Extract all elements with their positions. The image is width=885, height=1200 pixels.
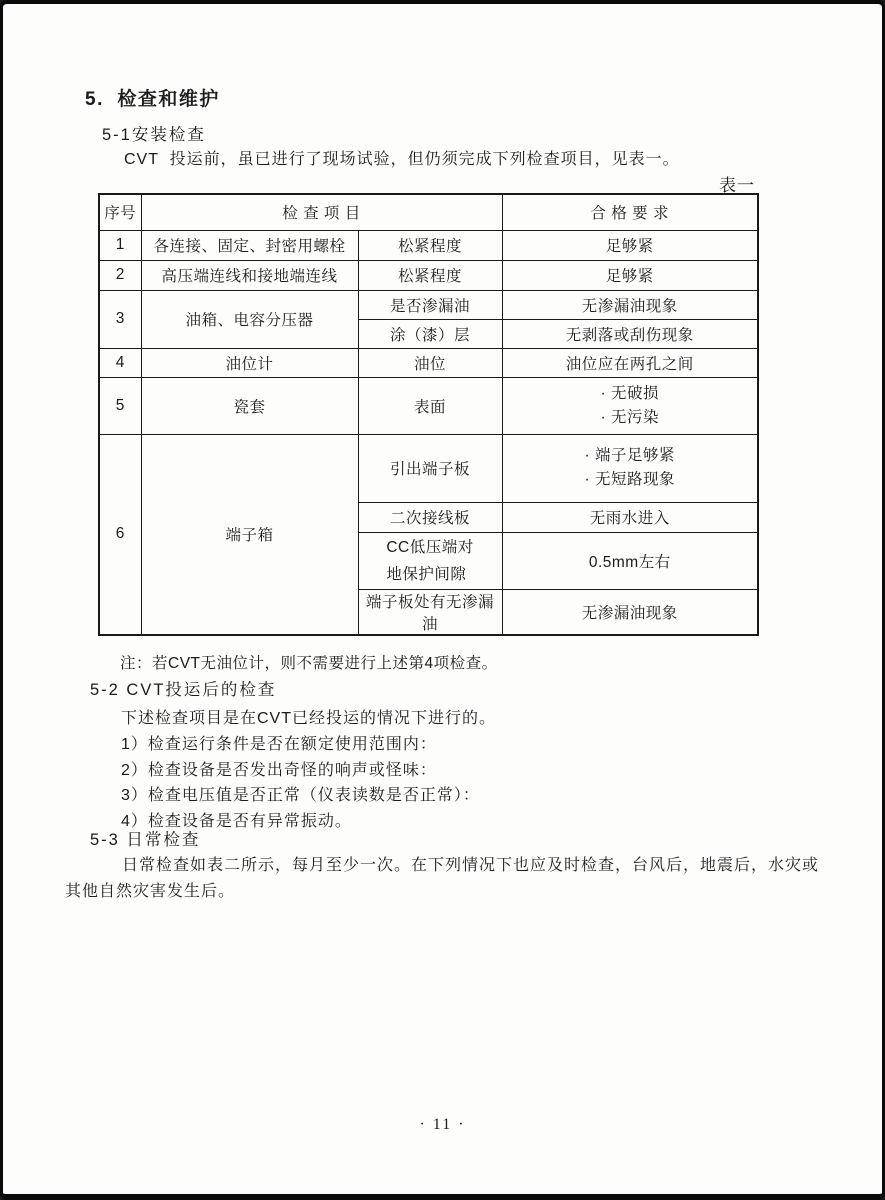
subsection-5-2-title: 5-2 CVT投运后的检查	[90, 676, 276, 700]
row6-subitem-b: 二次接线板	[358, 502, 502, 532]
row3-subitem-b: 涂（漆）层	[358, 319, 502, 348]
header-index: 序号	[99, 194, 141, 230]
row6-no: 6	[99, 434, 141, 635]
row4-item: 油位计	[141, 348, 358, 377]
row5-item: 瓷套	[141, 377, 358, 434]
header-item: 检 查 项 目	[141, 194, 502, 230]
row2-no: 2	[99, 260, 141, 290]
row6-subitem-a: 引出端子板	[358, 434, 502, 502]
row2-requirement: 足够紧	[502, 260, 758, 290]
row3-item: 油箱、电容分压器	[141, 290, 358, 348]
row6-requirement-a: · 端子足够紧 · 无短路现象	[502, 434, 758, 502]
table-row: 6 端子箱 引出端子板 · 端子足够紧 · 无短路现象	[99, 434, 758, 502]
row4-subitem: 油位	[358, 348, 502, 377]
page-number: · 11 ·	[3, 1116, 882, 1134]
row6-subitem-c-line1: CC低压端对	[386, 534, 473, 561]
subsection-5-1-title: 5-1安装检查	[102, 121, 206, 145]
row6-requirement-c: 0.5mm左右	[502, 532, 758, 589]
table-row: 4 油位计 油位 油位应在两孔之间	[99, 348, 758, 377]
row3-subitem-a: 是否渗漏油	[358, 290, 502, 319]
row1-item: 各连接、固定、封密用螺栓	[141, 230, 358, 260]
row1-subitem: 松紧程度	[358, 230, 502, 260]
row3-requirement-b: 无剥落或刮伤现象	[502, 319, 758, 348]
row5-no: 5	[99, 377, 141, 434]
row6-item: 端子箱	[141, 434, 358, 635]
row2-subitem: 松紧程度	[358, 260, 502, 290]
table-note: 注：若CVT无油位计，则不需要进行上述第4项检查。	[120, 651, 498, 673]
check-list-item-2: 2）检查设备是否发出奇怪的响声或怪味：	[121, 757, 437, 780]
daily-inspection-paragraph: 日常检查如表二所示，每月至少一次。在下列情况下也应及时检查，台风后，地震后，水灾…	[65, 853, 827, 905]
subsection-5-2-intro: 下述检查项目是在CVT已经投运的情况下进行的。	[121, 705, 496, 728]
table-row: 1 各连接、固定、封密用螺栓 松紧程度 足够紧	[99, 230, 758, 260]
check-list-item-1: 1）检查运行条件是否在额定使用范围内：	[121, 731, 437, 754]
table-header-row: 序号 检 查 项 目 合 格 要 求	[99, 194, 758, 230]
header-requirement: 合 格 要 求	[502, 194, 758, 230]
table-row: 5 瓷套 表面 · 无破损 · 无污染	[99, 377, 758, 434]
row6-requirement-d: 无渗漏油现象	[502, 589, 758, 635]
row1-requirement: 足够紧	[502, 230, 758, 260]
row3-no: 3	[99, 290, 141, 348]
subsection-5-1-intro: CVT 投运前，虽已进行了现场试验，但仍须完成下列检查项目，见表一。	[124, 146, 680, 169]
row1-no: 1	[99, 230, 141, 260]
section-title: 5. 检查和维护	[85, 84, 220, 111]
row4-no: 4	[99, 348, 141, 377]
row6-requirement-a-line2: · 无短路现象	[585, 468, 675, 492]
document-page: 5. 检查和维护 5-1安装检查 CVT 投运前，虽已进行了现场试验，但仍须完成…	[0, 0, 885, 1200]
check-list-item-3: 3）检查电压值是否正常（仪表读数是否正常）：	[121, 782, 480, 805]
row5-requirement-line2: · 无污染	[601, 406, 659, 430]
row6-requirement-b: 无雨水进入	[502, 502, 758, 532]
table-row: 3 油箱、电容分压器 是否渗漏油 无渗漏油现象	[99, 290, 758, 319]
row6-subitem-c-line2: 地保护间隙	[386, 561, 473, 588]
row4-requirement: 油位应在两孔之间	[502, 348, 758, 377]
row6-requirement-a-line1: · 端子足够紧	[585, 444, 675, 468]
subsection-5-3-title: 5-3 日常检查	[90, 826, 200, 850]
row6-subitem-d: 端子板处有无渗漏油	[358, 589, 502, 635]
inspection-table: 序号 检 查 项 目 合 格 要 求 1 各连接、固定、封密用螺栓 松紧程度 足…	[98, 193, 759, 636]
row5-requirement-line1: · 无破损	[601, 382, 659, 406]
row5-requirement: · 无破损 · 无污染	[502, 377, 758, 434]
row2-item: 高压端连线和接地端连线	[141, 260, 358, 290]
row6-subitem-c: CC低压端对 地保护间隙	[358, 532, 502, 589]
row5-subitem: 表面	[358, 377, 502, 434]
row3-requirement-a: 无渗漏油现象	[502, 290, 758, 319]
table-row: 2 高压端连线和接地端连线 松紧程度 足够紧	[99, 260, 758, 290]
